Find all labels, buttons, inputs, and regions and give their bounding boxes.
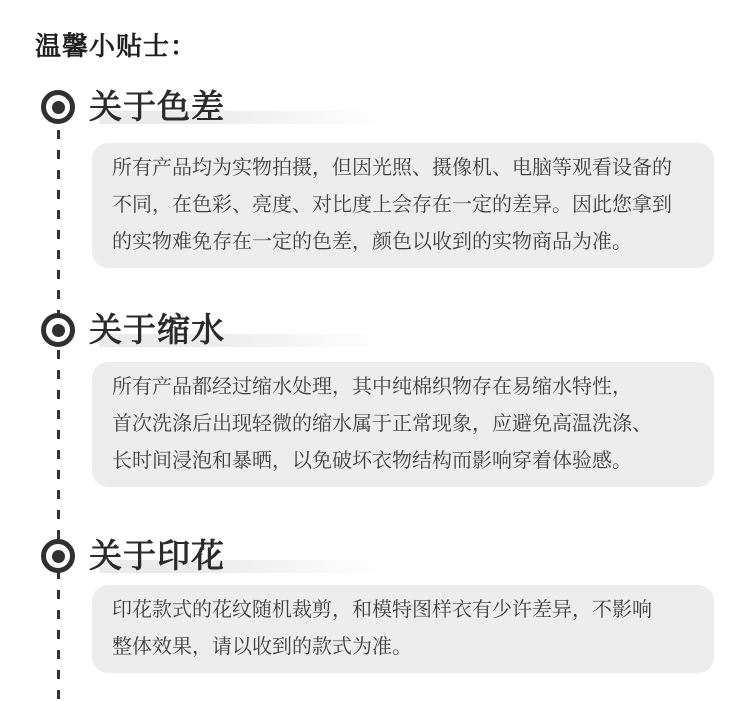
section-header-shrinkage: 关于缩水 [41,310,225,350]
tip-text-color-difference: 所有产品均为实物拍摄，但因光照、摄像机、电脑等观看设备的 不同，在色彩、亮度、对… [92,143,714,268]
tips-page: 温馨小贴士： 关于色差 所有产品均为实物拍摄，但因光照、摄像机、电脑等观看设备的… [0,0,750,701]
section-heading: 关于印花 [89,536,225,576]
bullseye-icon [41,90,75,124]
section-heading: 关于缩水 [89,310,225,350]
bullseye-icon [41,313,75,347]
tip-text-printing: 印花款式的花纹随机裁剪，和模特图样衣有少许差异，不影响 整体效果，请以收到的款式… [92,585,714,673]
page-title: 温馨小贴士： [35,26,197,63]
section-header-printing: 关于印花 [41,536,225,576]
tip-text-shrinkage: 所有产品都经过缩水处理，其中纯棉织物存在易缩水特性， 首次洗涤后出现轻微的缩水属… [92,362,714,487]
section-header-color-difference: 关于色差 [41,87,225,127]
dashed-timeline [57,110,60,701]
bullseye-icon [41,539,75,573]
section-heading: 关于色差 [89,87,225,127]
